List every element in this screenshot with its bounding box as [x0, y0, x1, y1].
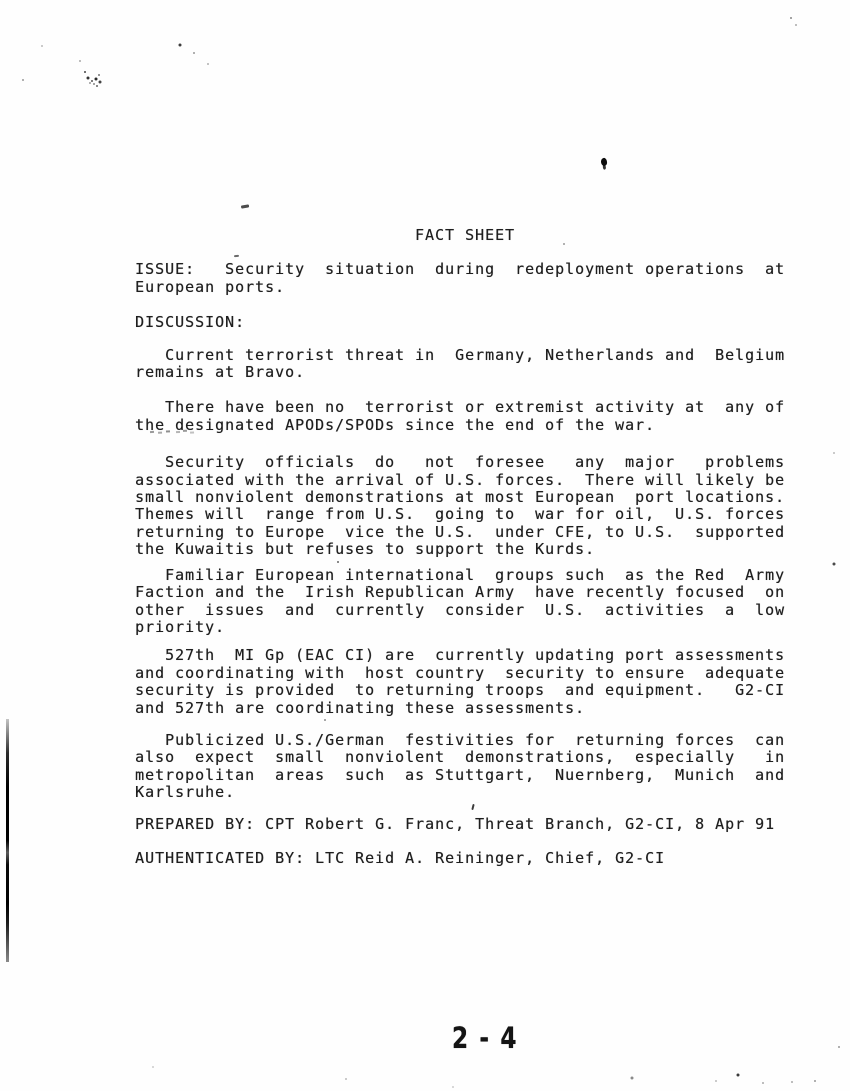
scan-specks-top — [41, 45, 43, 47]
scan-ink-dot — [600, 157, 608, 166]
paragraph: There have been no terrorist or extremis… — [135, 399, 795, 434]
binder-edge-artifact — [6, 719, 9, 962]
page-number: 2 - 4 — [452, 1021, 518, 1055]
paragraph: Publicized U.S./German festivities for r… — [135, 732, 795, 802]
prepared-by-line: PREPARED BY: CPT Robert G. Franc, Threat… — [135, 816, 795, 833]
scan-dash-artifact — [241, 204, 249, 208]
document-body: FACT SHEET ISSUE: Security situation dur… — [135, 227, 795, 867]
scan-specks-bottom — [345, 1078, 347, 1080]
scan-smudge-underline — [150, 431, 154, 433]
paragraph: 527th MI Gp (EAC CI) are currently updat… — [135, 647, 795, 717]
paragraph: Security officials do not foresee any ma… — [135, 454, 795, 558]
scan-smudge-top-left — [84, 71, 86, 73]
scanned-page: FACT SHEET ISSUE: Security situation dur… — [0, 0, 850, 1091]
paragraph: Current terrorist threat in Germany, Net… — [135, 347, 795, 382]
authenticated-by-line: AUTHENTICATED BY: LTC Reid A. Reininger,… — [135, 850, 795, 867]
paragraph: Familiar European international groups s… — [135, 567, 795, 637]
discussion-heading: DISCUSSION: — [135, 314, 795, 331]
scan-specks-middle — [337, 561, 339, 563]
issue-section: ISSUE: Security situation during redeplo… — [135, 261, 795, 296]
document-title: FACT SHEET — [135, 227, 795, 244]
